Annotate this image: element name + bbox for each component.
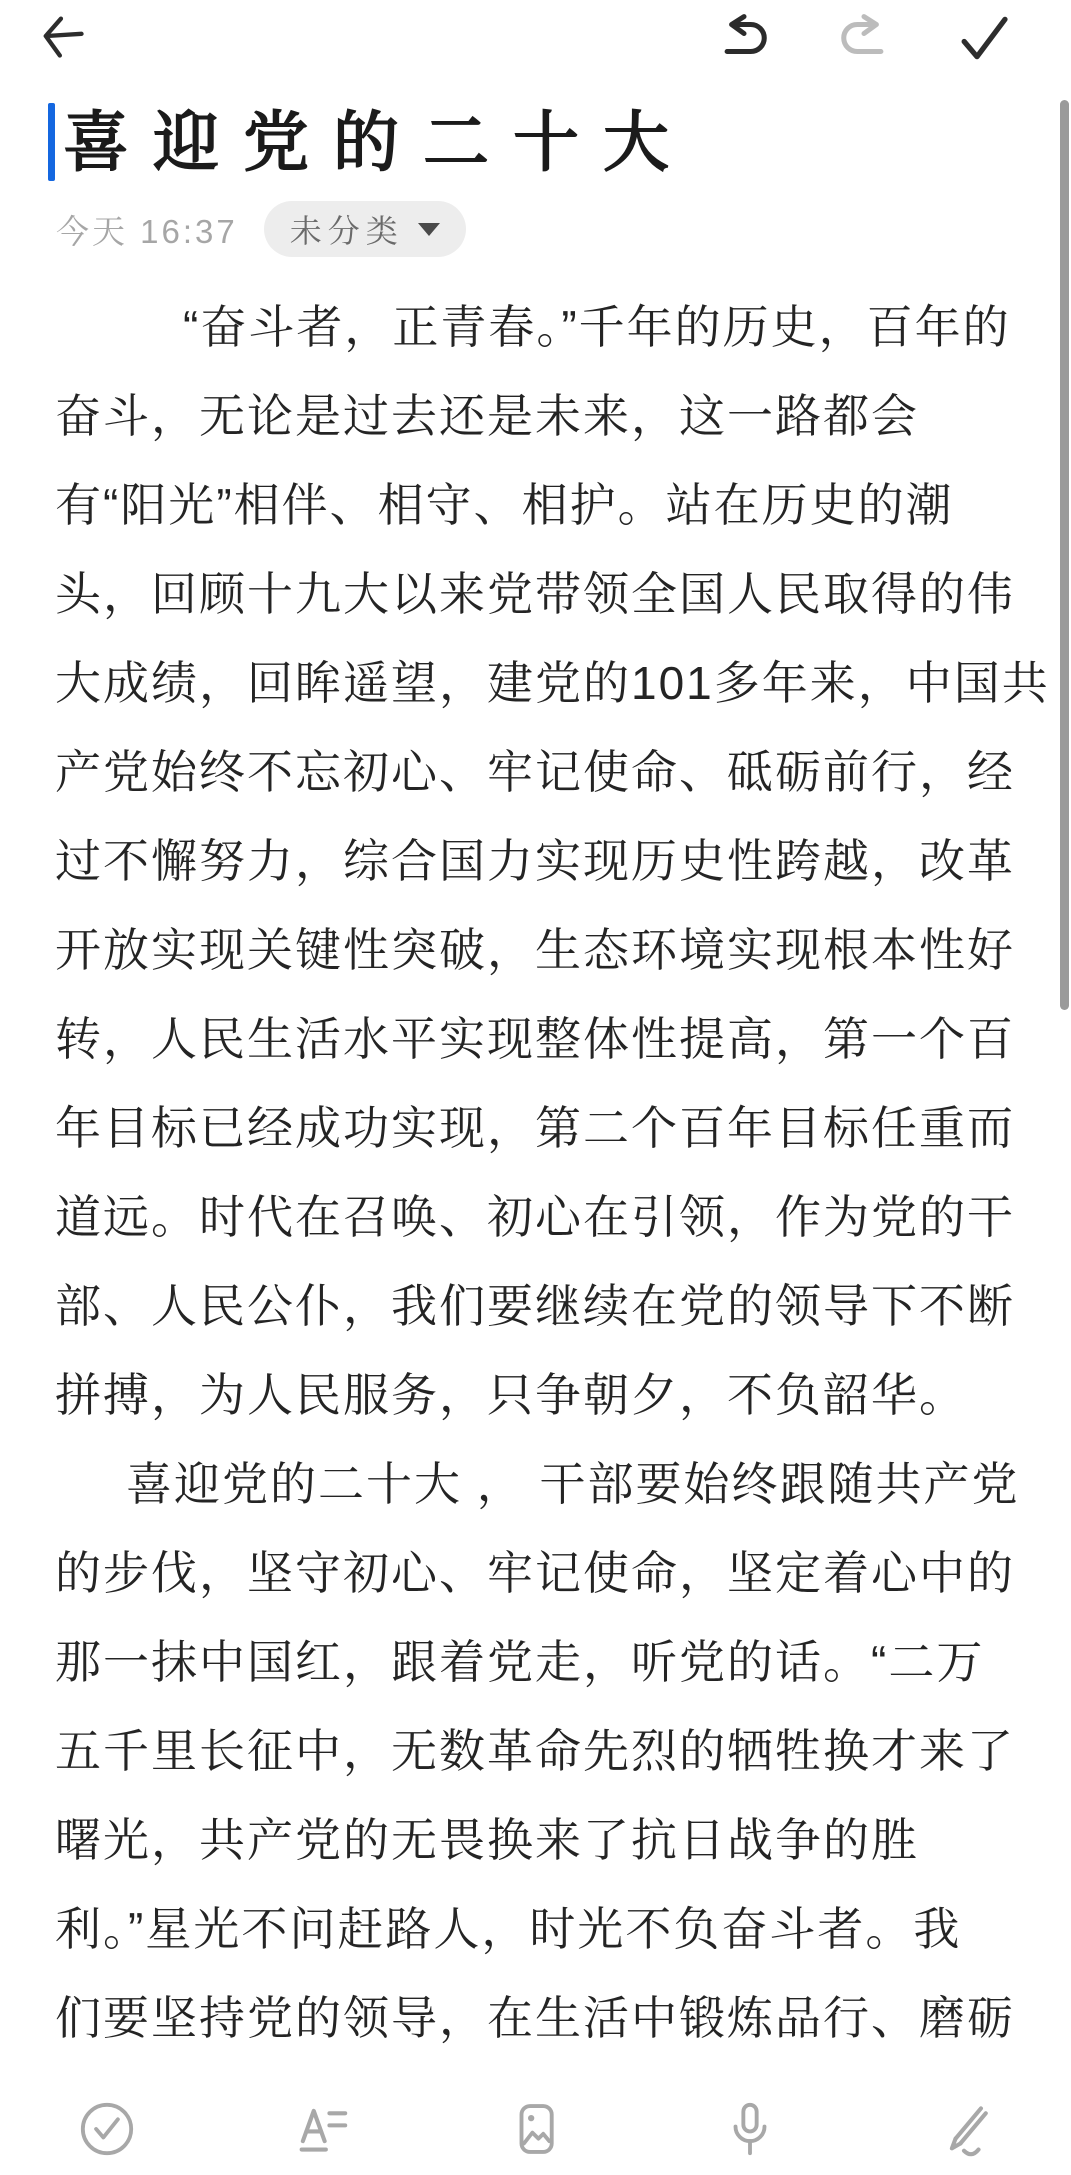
undo-icon [717, 13, 771, 63]
voice-icon [721, 2100, 779, 2158]
top-bar [0, 0, 1071, 84]
redo-icon [837, 13, 891, 63]
undo-button[interactable] [712, 6, 776, 70]
note-body-line: 喜迎党的二十大 ， 干部要始终跟随共产党 [55, 1440, 1015, 1529]
image-icon [507, 2100, 565, 2158]
note-body-line: 年目标已经成功实现，第二个百年目标任重而 [55, 1084, 1015, 1173]
meta-row: 今天 16:37 未分类 [56, 200, 466, 258]
back-arrow-icon [36, 10, 88, 62]
text-format-icon [292, 2100, 350, 2158]
doodle-button[interactable] [857, 2083, 1071, 2175]
note-body-line: 产党始终不忘初心、牢记使命、砥砺前行，经 [55, 728, 1015, 817]
note-body-line: “奋斗者，正青春。”千年的历史，百年的 [55, 283, 1015, 372]
note-body-line: 道远。时代在召唤、初心在引领，作为党的干 [55, 1173, 1015, 1262]
note-body-line: 转，人民生活水平实现整体性提高，第一个百 [55, 995, 1015, 1084]
note-body-line: 部、人民公仆，我们要继续在党的领导下不断 [55, 1262, 1015, 1351]
note-body-line: 拼搏，为人民服务，只争朝夕，不负韶华。 [55, 1351, 1015, 1440]
note-body-line: 开放实现关键性突破，生态环境实现根本性好 [55, 906, 1015, 995]
category-selector[interactable]: 未分类 [264, 201, 466, 257]
bottom-toolbar [0, 2083, 1071, 2175]
doodle-pen-icon [935, 2100, 993, 2158]
note-body-line: 曙光，共产党的无畏换来了抗日战争的胜 [55, 1796, 1015, 1885]
note-editor-screen: 喜迎党的二十大 今天 16:37 未分类 “奋斗者，正青春。”千年的历史，百年的… [0, 0, 1071, 2175]
title-row: 喜迎党的二十大 [48, 98, 1031, 186]
insert-image-button[interactable] [428, 2083, 642, 2175]
note-body-line: 奋斗，无论是过去还是未来，这一路都会 [55, 372, 1015, 461]
scrollbar-thumb[interactable] [1060, 100, 1069, 1010]
voice-input-button[interactable] [643, 2083, 857, 2175]
note-body-line: 的步伐，坚守初心、牢记使命，坚定着心中的 [55, 1529, 1015, 1618]
note-body-line: 大成绩，回眸遥望，建党的101多年来，中国共 [55, 639, 1015, 728]
category-label: 未分类 [290, 206, 404, 252]
note-body-line: 头，回顾十九大以来党带领全国人民取得的伟 [55, 550, 1015, 639]
confirm-check-icon [956, 12, 1012, 64]
note-body-editor[interactable]: “奋斗者，正青春。”千年的历史，百年的 奋斗，无论是过去还是未来，这一路都会 有… [55, 283, 1015, 2063]
redo-button[interactable] [832, 6, 896, 70]
note-timestamp: 今天 16:37 [56, 206, 238, 253]
note-title-input[interactable]: 喜迎党的二十大 [63, 98, 693, 186]
note-body-line: 们要坚持党的领导，在生活中锻炼品行、磨砺 [55, 1974, 1015, 2063]
back-button[interactable] [30, 4, 94, 68]
chevron-down-icon [418, 223, 440, 236]
note-body-line: 五千里长征中，无数革命先烈的牺牲换才来了 [55, 1707, 1015, 1796]
checklist-button[interactable] [0, 2083, 214, 2175]
checklist-icon [78, 2100, 136, 2158]
save-button[interactable] [952, 6, 1016, 70]
text-cursor [48, 103, 55, 181]
text-format-button[interactable] [214, 2083, 428, 2175]
note-body-line: 利。”星光不问赶路人，时光不负奋斗者。我 [55, 1885, 1015, 1974]
note-body-line: 那一抹中国红，跟着党走，听党的话。“二万 [55, 1618, 1015, 1707]
note-body-line: 有“阳光”相伴、相守、相护。站在历史的潮 [55, 461, 1015, 550]
note-body-line: 过不懈努力，综合国力实现历史性跨越，改革 [55, 817, 1015, 906]
